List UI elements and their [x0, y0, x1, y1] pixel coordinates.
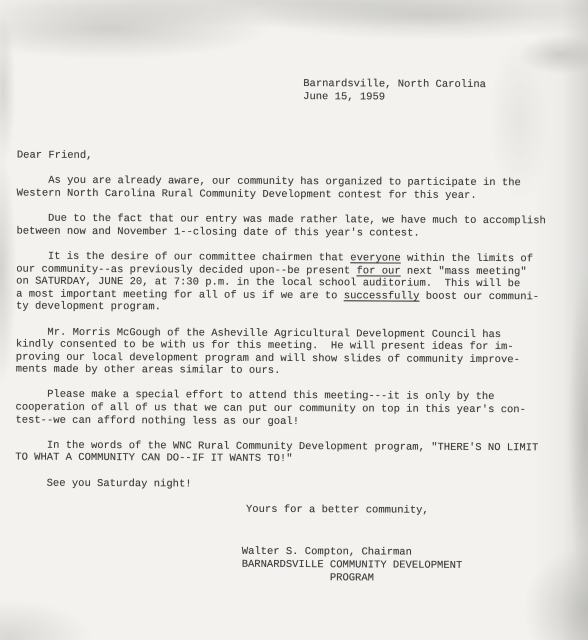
letter-paragraph: Due to the fact that our entry was made …	[16, 213, 584, 241]
text-segment: boost our communi-	[419, 290, 539, 303]
underlined-text: successfully	[344, 290, 420, 302]
letter-paragraph: It is the desire of our committee chairm…	[16, 250, 584, 316]
letter-content: Barnardsville, North Carolina June 15, 1…	[0, 0, 588, 640]
letter-heading: Barnardsville, North Carolina June 15, 1…	[303, 78, 585, 105]
text-segment: next "mass meeting"	[401, 265, 527, 278]
letter-line: ments made by other areas similar to our…	[16, 364, 584, 380]
closing-line: See you Saturday night!	[15, 477, 583, 493]
heading-location: Barnardsville, North Carolina	[303, 78, 585, 92]
valediction: Yours for a better community,	[246, 504, 583, 518]
letter-body: As you are already aware, our community …	[15, 175, 585, 468]
letter-paragraph: In the words of the WNC Rural Community …	[15, 439, 583, 467]
letter-line: ty development program.	[16, 301, 584, 317]
signatory-organization: BARNARDSVILLE COMMUNITY DEVELOPMENT	[242, 559, 463, 573]
letter-paragraph: As you are already aware, our community …	[17, 175, 585, 203]
text-segment: our community--as previously decided upo…	[16, 263, 356, 277]
letter-page: Barnardsville, North Carolina June 15, 1…	[0, 0, 588, 640]
signatory-organization-line2: PROGRAM	[242, 571, 463, 585]
heading-date: June 15, 1959	[303, 91, 585, 105]
text-segment: test--we can afford nothing less as our …	[15, 414, 299, 427]
salutation: Dear Friend,	[17, 150, 585, 166]
signature-block: Walter S. Compton, Chairman BARNARDSVILL…	[242, 546, 463, 585]
underlined-text: everyone	[350, 252, 400, 264]
text-segment: ments made by other areas similar to our…	[16, 364, 281, 377]
text-segment: ty development program.	[16, 301, 161, 314]
text-segment: It is the desire of our committee chairm…	[16, 250, 350, 264]
letter-line: TO WHAT A COMMUNITY CAN DO--IF IT WANTS …	[15, 452, 583, 468]
letter-paragraph: Please make a special effort to attend t…	[15, 389, 583, 430]
underlined-text: for our	[356, 265, 400, 277]
text-segment: within the limits of	[401, 252, 533, 265]
text-segment: TO WHAT A COMMUNITY CAN DO--IF IT WANTS …	[15, 452, 292, 465]
text-segment: Western North Carolina Rural Community D…	[17, 188, 477, 202]
letter-paragraph: Mr. Morris McGough of the Asheville Agri…	[16, 326, 584, 379]
text-segment: between now and November 1--closing date…	[16, 225, 419, 239]
signatory-name: Walter S. Compton, Chairman	[242, 546, 463, 560]
